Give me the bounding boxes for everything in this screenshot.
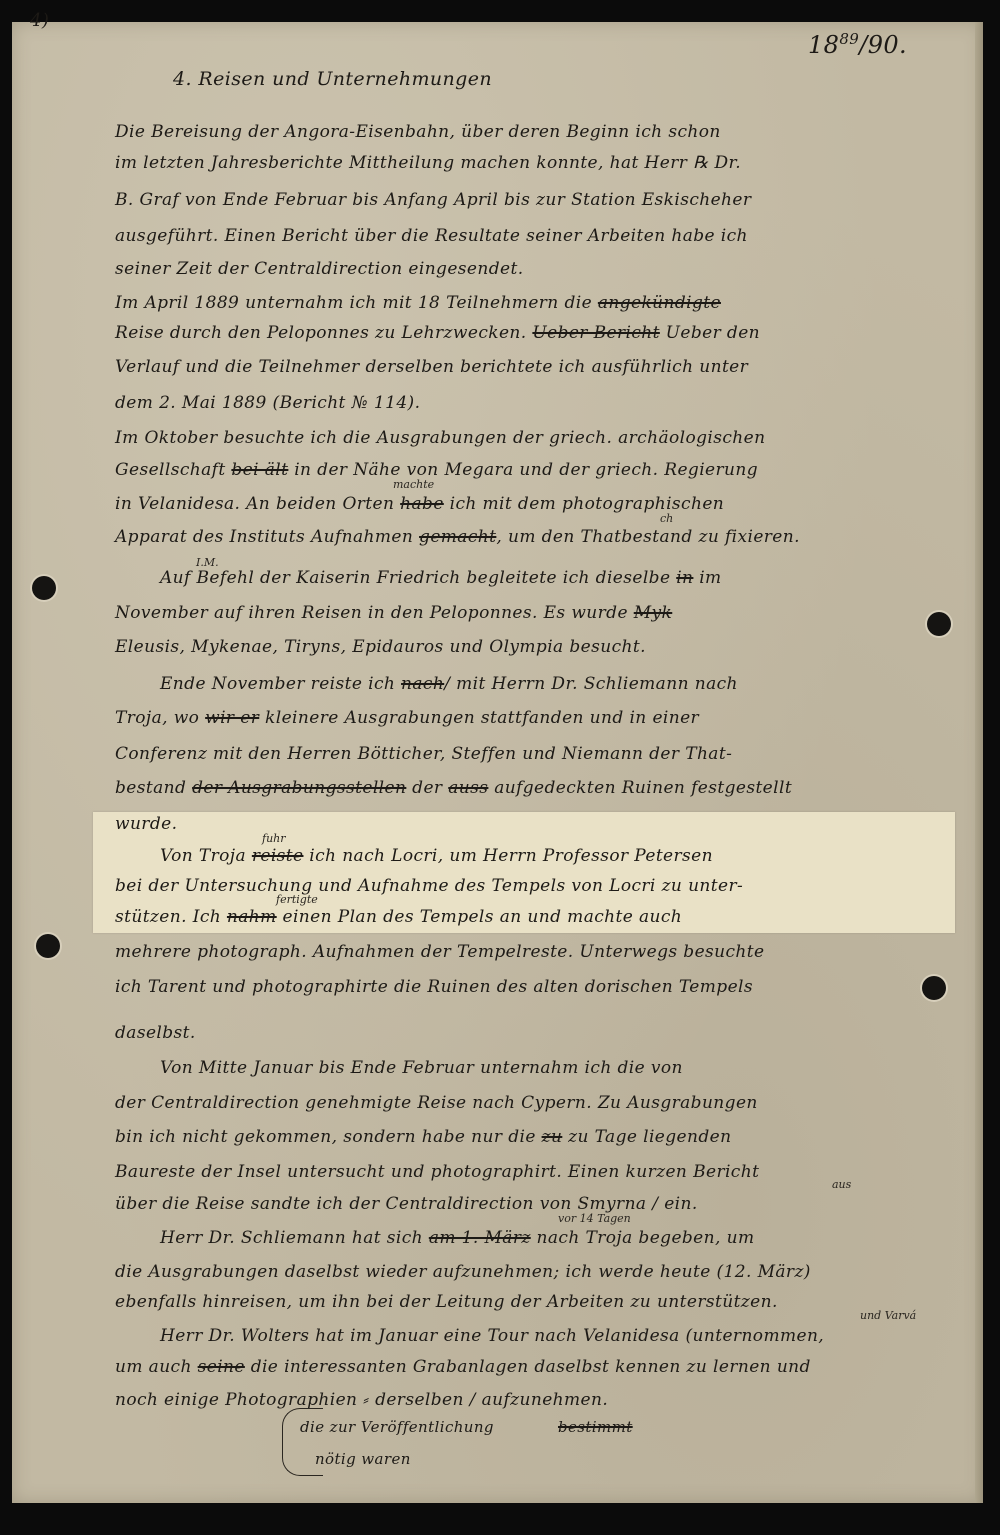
page-edge <box>975 22 983 1503</box>
margin-note-line-1: die zur Veröffentlichung <box>300 1418 494 1436</box>
punch-hole-right-upper <box>927 612 951 636</box>
section-heading: 4. Reisen und Unternehmungen <box>173 68 492 90</box>
text-line-35: ebenfalls hinreisen, um ihn bei der Leit… <box>115 1292 778 1312</box>
struck-text: angekündigte <box>598 293 721 313</box>
insertion-text: machte <box>393 478 434 491</box>
struck-text: bei ält <box>231 460 288 480</box>
year-label: 1889/90. <box>808 30 907 59</box>
text-line-5: seiner Zeit der Centraldirection eingese… <box>115 259 524 279</box>
struck-text: reiste <box>252 846 304 866</box>
struck-text: Ueber Bericht <box>532 323 659 343</box>
text-line-27: daselbst. <box>115 1023 196 1043</box>
struck-text: am 1. März <box>429 1228 531 1248</box>
text-line-2: im letzten Jahresberichte Mittheilung ma… <box>115 153 741 173</box>
text-line-34: die Ausgrabungen daselbst wieder aufzune… <box>115 1262 811 1282</box>
text-line-10: Im Oktober besuchte ich die Ausgrabungen… <box>115 428 765 448</box>
struck-text: seine <box>198 1357 245 1377</box>
text-line-8: Verlauf und die Teilnehmer derselben ber… <box>115 357 748 377</box>
insertion-text: aus <box>832 1178 851 1191</box>
struck-text: der Ausgrabungsstellen <box>192 778 406 798</box>
text-line-22: Von Troja reiste ich nach Locri, um Herr… <box>160 846 713 866</box>
struck-text: habe <box>400 494 444 514</box>
struck-text: in <box>676 568 693 588</box>
text-line-20: bestand der Ausgrabungsstellen der auss … <box>115 778 792 798</box>
text-line-11: Gesellschaft bei ält in der Nähe von Meg… <box>115 460 758 480</box>
punch-hole-left-upper <box>32 576 56 600</box>
text-line-15: November auf ihren Reisen in den Pelopon… <box>115 603 672 623</box>
struck-text: Myk <box>634 603 673 623</box>
insertion-text: vor 14 Tagen <box>558 1212 631 1225</box>
text-line-16: Eleusis, Mykenae, Tiryns, Epidauros und … <box>115 637 646 657</box>
text-line-36: Herr Dr. Wolters hat im Januar eine Tour… <box>160 1326 824 1346</box>
punch-hole-right-lower <box>922 976 946 1000</box>
text-line-28: Von Mitte Januar bis Ende Februar untern… <box>160 1058 683 1078</box>
text-line-1: Die Bereisung der Angora-Eisenbahn, über… <box>115 122 721 142</box>
insertion-text: ch <box>660 512 673 525</box>
text-line-23: bei der Untersuchung und Aufnahme des Te… <box>115 876 743 896</box>
text-line-3: B. Graf von Ende Februar bis Anfang Apri… <box>115 190 751 210</box>
text-line-4: ausgeführt. Einen Bericht über die Resul… <box>115 226 748 246</box>
struck-text: gemacht <box>419 527 496 547</box>
text-line-26: ich Tarent und photographirte die Ruinen… <box>115 977 753 997</box>
page-number: 4) <box>30 10 49 31</box>
text-line-31: Baureste der Insel untersucht und photog… <box>115 1162 759 1182</box>
text-line-6: Im April 1889 unternahm ich mit 18 Teiln… <box>115 293 721 313</box>
text-line-25: mehrere photograph. Aufnahmen der Tempel… <box>115 942 764 962</box>
text-line-38: noch einige Photographien ⸗ derselben / … <box>115 1390 608 1410</box>
text-line-12: in Velanidesa. An beiden Orten habe ich … <box>115 494 724 514</box>
text-line-30: bin ich nicht gekommen, sondern habe nur… <box>115 1127 731 1147</box>
text-line-37: um auch seine die interessanten Grabanla… <box>115 1357 811 1377</box>
struck-text: wir er <box>205 708 259 728</box>
text-line-7: Reise durch den Peloponnes zu Lehrzwecke… <box>115 323 760 343</box>
punch-hole-left-lower <box>36 934 60 958</box>
text-line-14: Auf Befehl der Kaiserin Friedrich beglei… <box>160 568 722 588</box>
text-line-24: stützen. Ich nahm einen Plan des Tempels… <box>115 907 682 927</box>
insertion-text: fertigte <box>276 893 318 906</box>
text-line-9: dem 2. Mai 1889 (Bericht № 114). <box>115 393 420 413</box>
struck-text: nach <box>401 674 444 694</box>
text-line-29: der Centraldirection genehmigte Reise na… <box>115 1093 758 1113</box>
struck-text: zu <box>542 1127 563 1147</box>
text-line-21: wurde. <box>115 814 177 834</box>
struck-text: nahm <box>227 907 277 927</box>
text-line-13: Apparat des Instituts Aufnahmen gemacht,… <box>115 527 800 547</box>
struck-text: auss <box>448 778 488 798</box>
margin-note-struck: bestimmt <box>558 1418 633 1436</box>
text-line-17: Ende November reiste ich nach/ mit Herrn… <box>160 674 738 694</box>
insertion-text: fuhr <box>262 832 286 845</box>
margin-note-line-2: nötig waren <box>315 1450 411 1468</box>
text-line-32: über die Reise sandte ich der Centraldir… <box>115 1194 698 1214</box>
text-line-33: Herr Dr. Schliemann hat sich am 1. März … <box>160 1228 754 1248</box>
text-line-18: Troja, wo wir er kleinere Ausgrabungen s… <box>115 708 699 728</box>
insertion-text: und Varvá <box>860 1309 916 1322</box>
text-line-19: Conferenz mit den Herren Bötticher, Stef… <box>115 744 732 764</box>
